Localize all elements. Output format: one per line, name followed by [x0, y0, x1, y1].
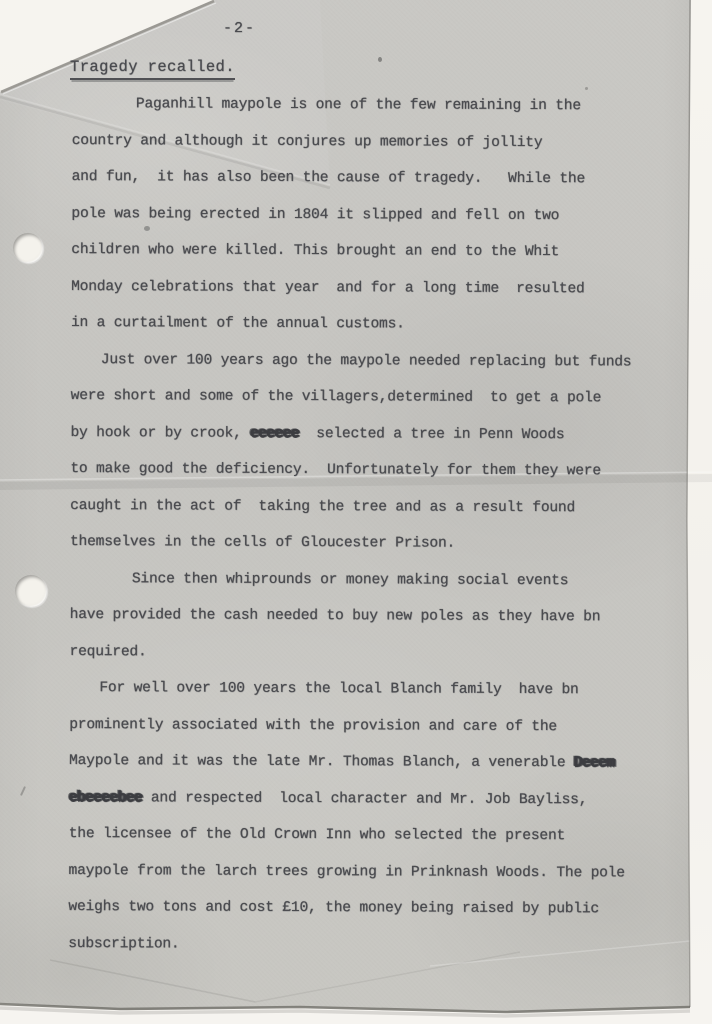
text-segment: For well over 100 years the local Blanch…	[99, 680, 578, 698]
typed-line: prominently associated with the provisio…	[69, 706, 669, 745]
text-segment: country and although it conjures up memo…	[72, 132, 543, 150]
scanned-page: -2- Tragedy recalled. Paganhill maypole …	[0, 0, 712, 1024]
typed-line: by hook or by crook, eeeeee selected a t…	[70, 414, 670, 453]
struck-out-word: Deeem	[574, 755, 615, 771]
typed-line: Paganhill maypole is one of the few rema…	[72, 86, 672, 125]
text-segment: in a curtailment of the annual customs.	[71, 315, 405, 332]
text-segment: have provided the cash needed to buy new…	[70, 607, 601, 625]
typed-line: Just over 100 years ago the maypole need…	[71, 341, 671, 380]
typed-text-body: Paganhill maypole is one of the few rema…	[68, 86, 672, 965]
text-segment: caught in the act of taking the tree and…	[70, 497, 575, 515]
text-segment: subscription.	[68, 935, 179, 951]
typed-line: Monday celebrations that year and for a …	[71, 268, 671, 307]
text-segment: Since then whiprounds or money making so…	[132, 571, 569, 589]
text-segment: Monday celebrations that year and for a …	[71, 278, 585, 296]
text-segment: to make good the deficiency. Unfortunate…	[70, 461, 601, 479]
hole-punch-bottom	[15, 575, 47, 607]
text-segment: and respected local character and Mr. Jo…	[142, 790, 587, 808]
typed-line: children who were killed. This brought a…	[71, 232, 671, 271]
text-segment: pole was being erected in 1804 it slippe…	[71, 205, 559, 223]
ink-speck	[585, 87, 588, 90]
typed-line: the licensee of the Old Crown Inn who se…	[69, 816, 669, 855]
typed-line: Since then whiprounds or money making so…	[70, 560, 670, 599]
text-segment: and fun, it has also been the cause of t…	[72, 169, 586, 187]
typed-line: subscription.	[68, 925, 668, 964]
text-segment: were short and some of the villagers,det…	[71, 388, 602, 406]
text-segment: the licensee of the Old Crown Inn who se…	[69, 826, 565, 844]
typed-line: weighs two tons and cost £10, the money …	[68, 889, 668, 928]
typed-line: caught in the act of taking the tree and…	[70, 487, 670, 526]
text-segment: by hook or by crook,	[70, 424, 250, 441]
ink-smudge	[144, 226, 150, 231]
typed-line: pole was being erected in 1804 it slippe…	[71, 195, 671, 234]
text-segment: Just over 100 years ago the maypole need…	[101, 352, 632, 370]
text-segment: weighs two tons and cost £10, the money …	[68, 899, 599, 917]
section-heading: Tragedy recalled.	[70, 58, 235, 80]
typed-line: required.	[69, 633, 669, 672]
typed-line: For well over 100 years the local Blanch…	[69, 670, 669, 709]
page-number: -2-	[223, 20, 256, 37]
typed-line: Maypole and it was the late Mr. Thomas B…	[69, 743, 669, 782]
ink-speck	[378, 57, 382, 62]
struck-out-word: ebeeeebee	[69, 789, 142, 805]
typed-line: and fun, it has also been the cause of t…	[72, 159, 672, 198]
hole-punch-top	[13, 233, 43, 263]
text-segment: required.	[69, 643, 146, 659]
typed-line: in a curtailment of the annual customs.	[71, 305, 671, 344]
typed-line: country and although it conjures up memo…	[72, 122, 672, 161]
text-segment: selected a tree in Penn Woods	[299, 425, 564, 442]
text-segment: Maypole and it was the late Mr. Thomas B…	[69, 753, 574, 771]
text-segment: Paganhill maypole is one of the few rema…	[136, 96, 581, 114]
typed-line: ebeeeebee and respected local character …	[69, 779, 669, 818]
typed-line: have provided the cash needed to buy new…	[70, 597, 670, 636]
text-segment: maypole from the larch trees growing in …	[69, 862, 625, 880]
typed-line: were short and some of the villagers,det…	[71, 378, 671, 417]
struck-out-word: eeeeee	[250, 425, 299, 441]
typed-line: to make good the deficiency. Unfortunate…	[70, 451, 670, 490]
typed-line: maypole from the larch trees growing in …	[68, 852, 668, 891]
text-segment: themselves in the cells of Gloucester Pr…	[70, 534, 455, 552]
text-segment: prominently associated with the provisio…	[69, 716, 557, 734]
text-segment: children who were killed. This brought a…	[71, 242, 559, 260]
typed-line: themselves in the cells of Gloucester Pr…	[70, 524, 670, 563]
